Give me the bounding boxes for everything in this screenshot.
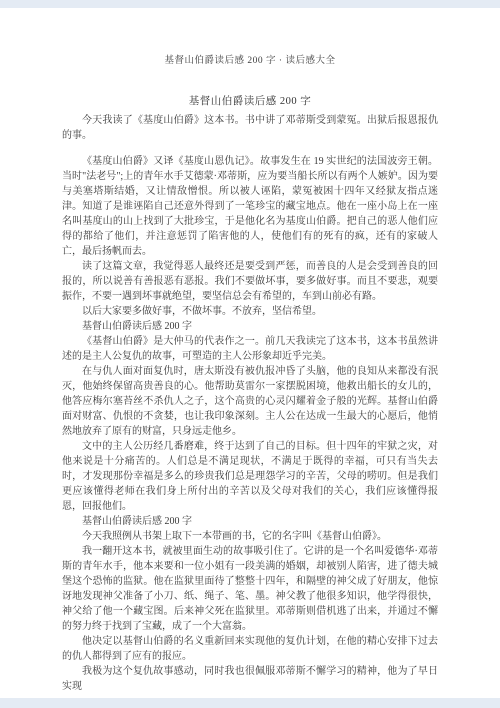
section-heading-3: 基督山伯爵读后感 200 字: [62, 514, 438, 529]
paragraph-11: 我极为这个复仇故事感动，同时我也很佩服邓蒂斯不懈学习的精神，他为了早日实现: [62, 664, 438, 694]
paragraph-7: 文中的主人公历经几番磨难，终于达到了自己的目标。但十四年的牢狱之灾，对他来说是十…: [62, 439, 438, 514]
paragraph-3: 读了这篇文章，我觉得恶人最终还是要受到严惩，而善良的人是会受到善良的回报的，所以…: [62, 259, 438, 304]
paragraph-5: 《基督山伯爵》是大仲马的代表作之一。前几天我读完了这本书，这本书虽然讲述的是主人…: [62, 334, 438, 364]
paragraph-1: 今天我读了《基度山伯爵》这本书。书中讲了邓蒂斯受到蒙冤。出狱后报恩报仇的事。: [62, 113, 438, 143]
document-body: 基督山伯爵读后感 200 字 今天我读了《基度山伯爵》这本书。书中讲了邓蒂斯受到…: [62, 94, 438, 694]
paragraph-10: 他决定以基督山伯爵的名义重新回来实现他的复仇计划，在他的精心安排下过去的仇人都得…: [62, 634, 438, 664]
paragraph-6: 在与仇人面对面复仇时，唐太斯没有被仇报冲昏了头脑，他的良知从来都没有泯灭，他始终…: [62, 364, 438, 439]
paragraph-2: 《基度山伯爵》又译《基度山恩仇记》。故事发生在 19 实世纪的法国波旁王朝。当时…: [62, 154, 438, 259]
section-heading-2: 基督山伯爵读后感 200 字: [62, 319, 438, 334]
document-title: 基督山伯爵读后感 200 字: [62, 94, 438, 110]
document-sheet: 基督山伯爵读后感 200 字 · 读后感大全 基督山伯爵读后感 200 字 今天…: [0, 8, 500, 698]
page-background: 基督山伯爵读后感 200 字 · 读后感大全 基督山伯爵读后感 200 字 今天…: [0, 0, 500, 708]
paragraph-8: 今天我照例从书架上取下一本带画的书，它的名字叫《基督山伯爵》。: [62, 529, 438, 544]
document-header-title: 基督山伯爵读后感 200 字 · 读后感大全: [0, 54, 500, 68]
paragraph-4: 以后大家要多做好事，不做坏事。不放弃，坚信希望。: [62, 304, 438, 319]
paragraph-9: 我一翻开这本书，就被里面生动的故事吸引住了。它讲的是一个名叫爱德华·邓蒂斯的青年…: [62, 544, 438, 634]
